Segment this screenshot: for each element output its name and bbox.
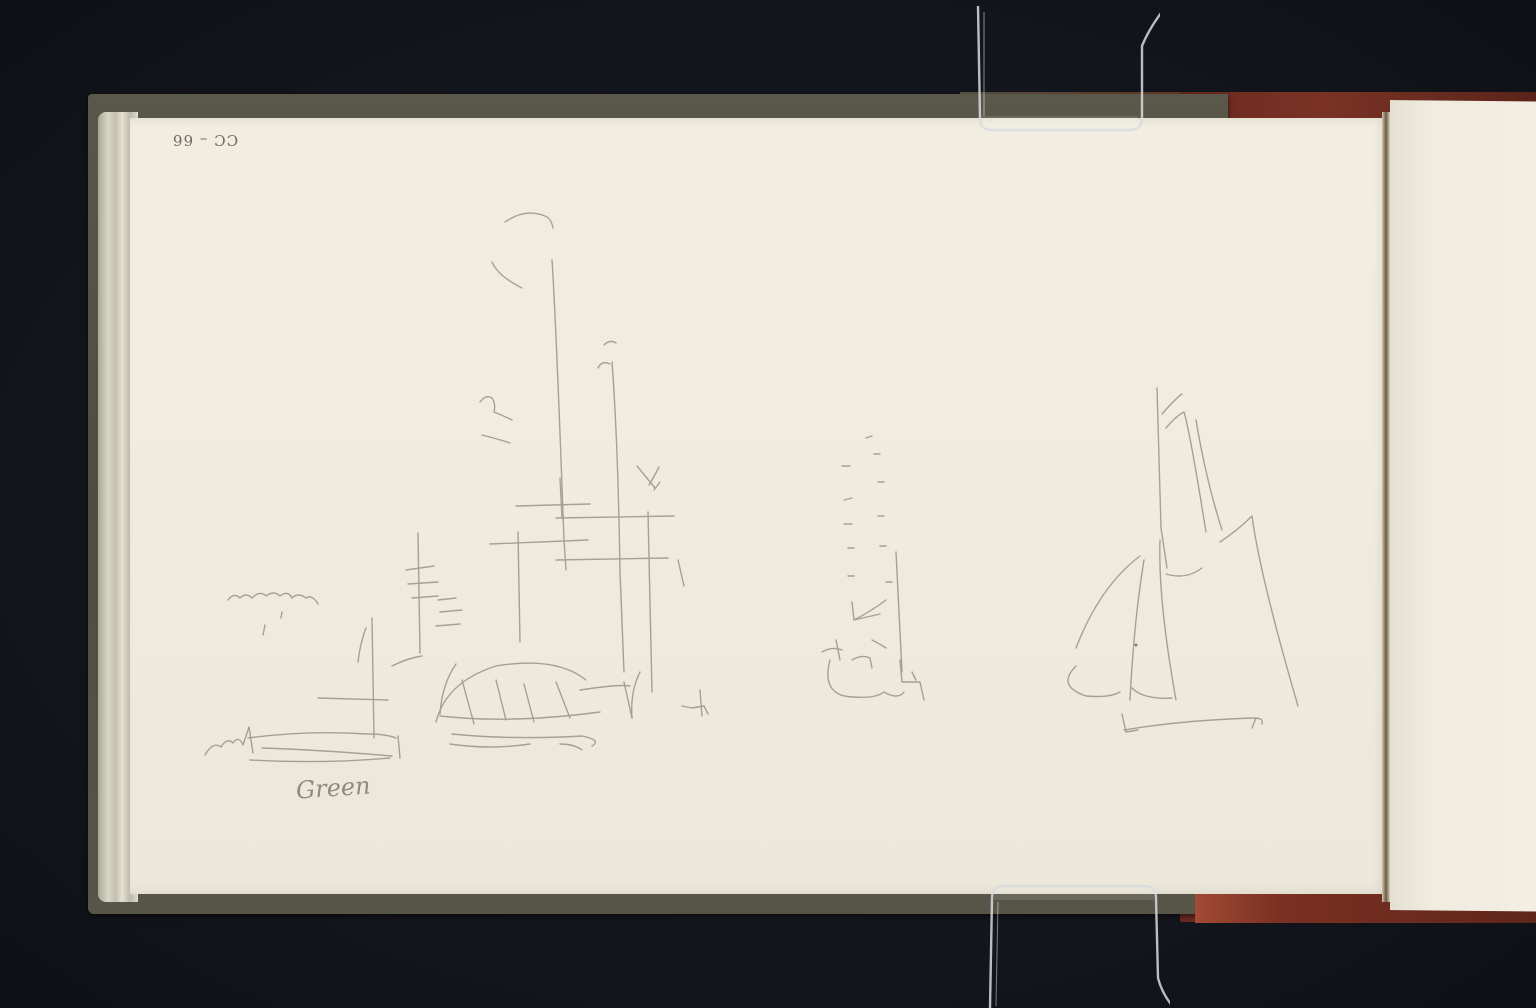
sketchbook-page-right: [1390, 100, 1536, 912]
handwritten-annotation: Green: [295, 771, 371, 804]
book-gutter: [1382, 112, 1390, 902]
page-number-label: CC – 66: [172, 131, 238, 149]
